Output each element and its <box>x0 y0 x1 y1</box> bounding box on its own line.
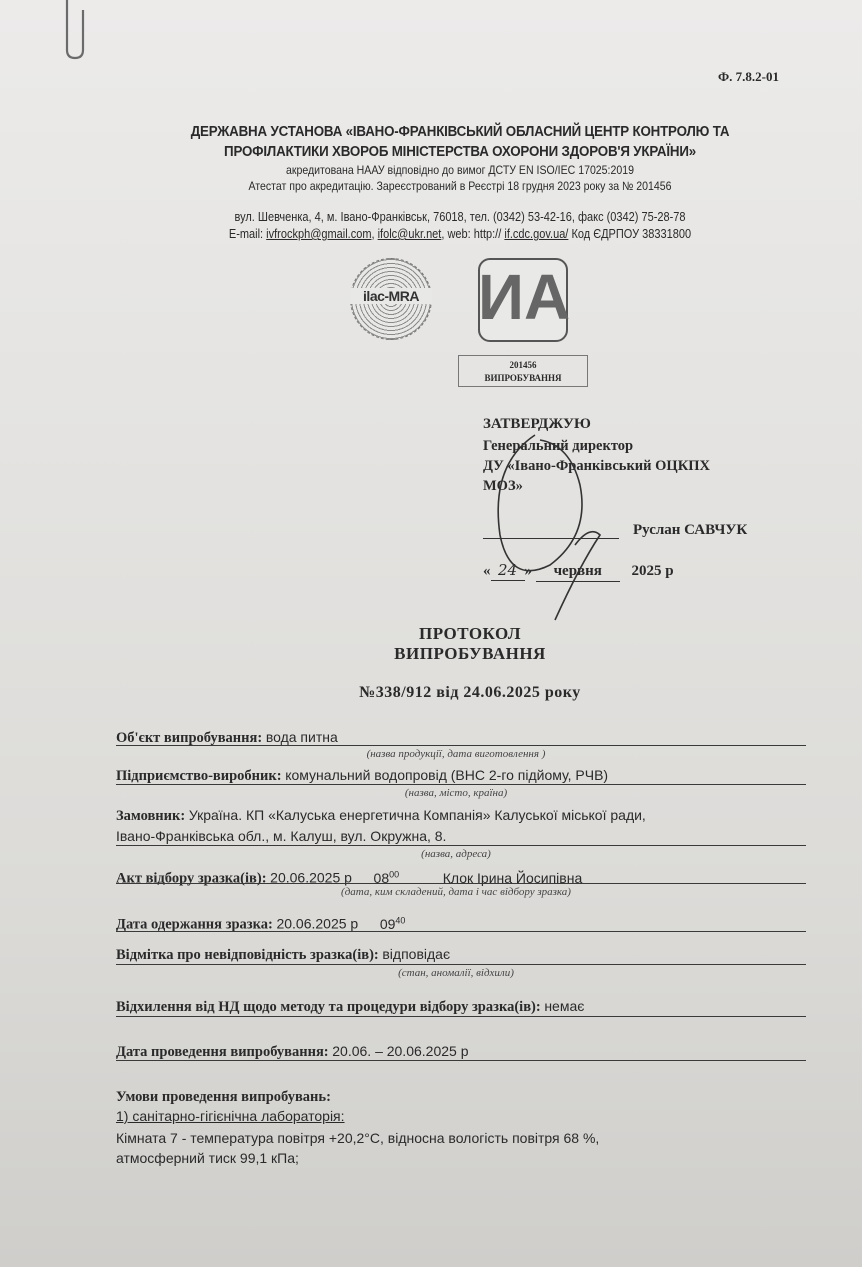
conditions-line-1: Кімната 7 - температура повітря +20,2°С,… <box>116 1128 796 1148</box>
sampling-time-minutes: 00 <box>389 869 399 879</box>
attestat-text: Атестат про акредитацію. Зареєстрований … <box>152 178 768 194</box>
producer-label: Підприємство-виробник: <box>116 768 282 784</box>
conditions-title: Умови проведення випробувань: <box>116 1087 796 1107</box>
producer-value: комунальний водопровід (ВНС 2-го підйому… <box>285 767 608 783</box>
producer-hint: (назва, місто, країна) <box>116 787 796 799</box>
sampling-act-hint: (дата, ким складений, дата і час відбору… <box>116 886 796 898</box>
protocol-title-1: ПРОТОКОЛ <box>300 624 640 644</box>
conditions-lab: 1) санітарно-гігієнічна лабораторія: <box>116 1106 796 1126</box>
deviation-label: Відхилення від НД щодо методу та процеду… <box>116 999 541 1015</box>
customer-field-line-2: Івано-Франківська обл., м. Калуш, вул. О… <box>116 826 796 847</box>
conditions-line-2: атмосферний тиск 99,1 кПа; <box>116 1148 796 1168</box>
accreditation-text: акредитована НААУ відповідно до вимог ДС… <box>152 162 768 178</box>
sampling-act-field: Акт відбору зразка(ів): 20.06.2025 р 080… <box>116 864 796 889</box>
org-title-line-1: ДЕРЖАВНА УСТАНОВА «ІВАНО-ФРАНКІВСЬКИЙ ОБ… <box>138 122 782 142</box>
address-text: вул. Шевченка, 4, м. Івано-Франківськ, 7… <box>152 209 768 226</box>
paperclip-icon <box>62 0 92 60</box>
registration-label: ВИПРОБУВАННЯ <box>459 372 587 385</box>
customer-label: Замовник: <box>116 808 185 824</box>
protocol-title-2: ВИПРОБУВАННЯ <box>300 644 640 664</box>
director-name: Руслан САВЧУК <box>633 520 747 540</box>
nonconformity-value: відповідає <box>382 946 450 962</box>
test-date-underline <box>116 1060 806 1061</box>
email-link-2[interactable]: ifolc@ukr.net <box>378 227 442 241</box>
test-object-hint: (назва продукції, дата виготовлення ) <box>116 748 796 760</box>
web-label: web: http:// <box>447 227 501 241</box>
form-code: Ф. 7.8.2-01 <box>718 69 779 85</box>
protocol-number: №338/912 від 24.06.2025 року <box>300 684 640 702</box>
deviation-field: Відхилення від НД щодо методу та процеду… <box>116 996 796 1017</box>
naau-logo-glyph: ИA <box>478 262 568 332</box>
customer-underline <box>116 845 806 846</box>
organization-title: ДЕРЖАВНА УСТАНОВА «ІВАНО-ФРАНКІВСЬКИЙ ОБ… <box>138 122 782 162</box>
document-page: Ф. 7.8.2-01 ДЕРЖАВНА УСТАНОВА «ІВАНО-ФРА… <box>0 0 862 1267</box>
producer-field: Підприємство-виробник: комунальний водоп… <box>116 765 796 786</box>
test-object-underline <box>116 745 806 746</box>
producer-underline <box>116 784 806 785</box>
registration-box: 201456 ВИПРОБУВАННЯ <box>458 355 588 387</box>
contacts-line: E-mail: ivfrockph@gmail.com, ifolc@ukr.n… <box>152 226 768 243</box>
nonconformity-field: Відмітка про невідповідність зразка(ів):… <box>116 944 796 965</box>
org-title-line-2: ПРОФІЛАКТИКИ ХВОРОБ МІНІСТЕРСТВА ОХОРОНИ… <box>138 142 782 162</box>
customer-hint: (назва, адреса) <box>116 848 796 860</box>
registration-number: 201456 <box>459 359 587 372</box>
deviation-value: немає <box>544 998 584 1014</box>
sampling-act-label: Акт відбору зразка(ів): <box>116 871 267 887</box>
test-date-field: Дата проведення випробування: 20.06. – 2… <box>116 1041 796 1062</box>
received-time: 0940 <box>380 916 406 932</box>
customer-value-1: Україна. КП «Калуська енергетична Компан… <box>189 807 646 823</box>
signature-mark <box>480 425 650 625</box>
edrpou-code: Код ЄДРПОУ 38331800 <box>571 227 691 241</box>
test-object-value: вода питна <box>266 729 338 745</box>
nonconformity-label: Відмітка про невідповідність зразка(ів): <box>116 947 379 963</box>
sampling-act-underline <box>116 883 806 884</box>
received-time-hours: 09 <box>380 916 396 932</box>
web-link[interactable]: if.cdc.gov.ua/ <box>504 227 568 241</box>
received-time-minutes: 40 <box>395 915 405 925</box>
received-date-value: 20.06.2025 р <box>276 916 358 932</box>
email-link-1[interactable]: ivfrockph@gmail.com <box>266 227 371 241</box>
test-date-value: 20.06. – 20.06.2025 р <box>332 1043 468 1059</box>
test-object-label: Об'єкт випробування: <box>116 730 262 746</box>
email-label: E-mail: <box>229 227 263 241</box>
ilac-mra-text: ilac-MRA <box>350 288 432 304</box>
nonconformity-hint: (стан, аномалії, відхили) <box>116 967 796 979</box>
customer-value-2: Івано-Франківська обл., м. Калуш, вул. О… <box>116 828 446 844</box>
customer-field: Замовник: Україна. КП «Калуська енергети… <box>116 805 796 826</box>
nonconformity-underline <box>116 964 806 965</box>
received-date-underline <box>116 931 806 932</box>
test-date-label: Дата проведення випробування: <box>116 1044 329 1060</box>
deviation-underline <box>116 1016 806 1017</box>
